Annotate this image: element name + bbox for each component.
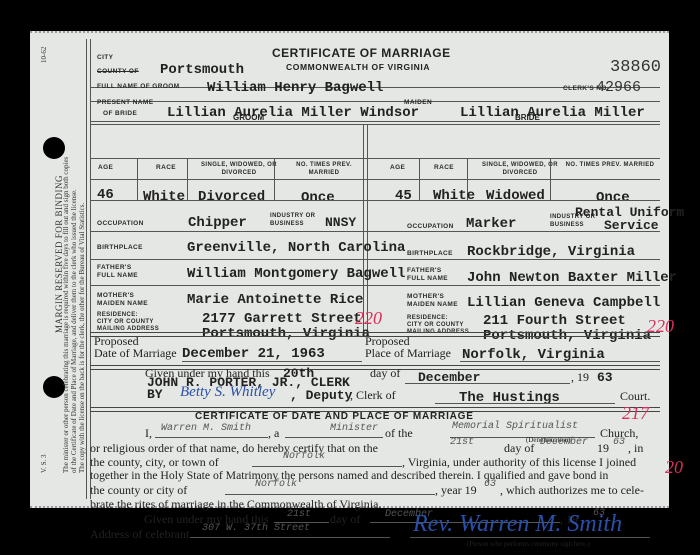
bond-city: Norfolk	[255, 479, 297, 490]
officiant-name: Warren M. Smith	[161, 423, 251, 434]
form-code: 10-62	[40, 47, 48, 63]
ceremony-line2-end: , in	[628, 441, 643, 456]
bride-father-name: John Newton Baxter Miller	[467, 270, 677, 286]
bride-birthplace-label: BIRTHPLACE	[407, 250, 453, 257]
bride-times-married: Once	[596, 190, 630, 206]
ceremony-given-day-of: day of	[330, 512, 360, 527]
bride-status: Widowed	[486, 188, 545, 204]
ceremony-day-of: day of	[504, 441, 534, 456]
denomination: Memorial Spiritualist	[452, 421, 578, 432]
bride-age-header: AGE	[390, 164, 405, 171]
bride-residence-label-2: CITY OR COUNTY	[407, 322, 464, 328]
form-series: V. S. 3	[40, 454, 48, 473]
bride-race: White	[433, 188, 475, 204]
groom-times-married: Once	[301, 190, 335, 206]
certificate-subtitle: COMMONWEALTH OF VIRGINIA	[286, 62, 430, 72]
groom-times-header: NO. TIMES PREV. MARRIED	[286, 161, 362, 177]
ceremony-a: , a	[268, 426, 279, 441]
groom-header: GROOM	[233, 113, 264, 122]
groom-residence-label-2: CITY OR COUNTY	[97, 319, 154, 325]
proposed-date-value: December 21, 1963	[182, 346, 325, 362]
ceremony-red-code-20: 20	[665, 457, 683, 478]
groom-father-label: FATHER'S FULL NAME	[97, 264, 147, 280]
punch-hole	[43, 137, 65, 159]
license-day-of: day of	[370, 366, 400, 381]
by-label: BY	[147, 387, 163, 402]
maiden-label: MAIDEN	[404, 99, 432, 106]
bride-residence-street: 211 Fourth Street	[483, 313, 626, 329]
celebrant-address: 307 W. 37th Street	[202, 523, 310, 534]
bond-year: 63	[484, 479, 496, 490]
groom-father-name: William Montgomery Bagwell	[187, 266, 405, 282]
certificate-title: CERTIFICATE OF MARRIAGE	[272, 46, 451, 60]
celebrant-address-label: Address of celebrant	[90, 527, 189, 542]
bride-present-label-2: OF BRIDE	[103, 110, 137, 117]
officiant-title: Minister	[330, 423, 378, 434]
groom-name-label: FULL NAME OF GROOM	[97, 83, 180, 90]
groom-mother-label: MOTHER'S MAIDEN NAME	[97, 292, 157, 308]
bride-present-name: Lillian Aurelia Miller Windsor	[167, 105, 419, 121]
ceremony-line6: brate the rites of marriage in the Commo…	[90, 497, 381, 512]
date-of-marriage-label: Date of Marriage	[94, 346, 177, 361]
groom-birthplace: Greenville, North Carolina	[187, 240, 405, 256]
bride-age: 45	[395, 188, 412, 204]
county-label: COUNTY OF	[97, 68, 139, 75]
groom-mother-name: Marie Antoinette Rice	[187, 292, 363, 308]
deputy-label: , Deputy	[290, 388, 352, 403]
groom-status: Divorced	[198, 189, 265, 205]
signature-caption: (Person who performs ceremony sign here.…	[467, 540, 590, 548]
margin-rule	[86, 39, 91, 499]
groom-race-header: RACE	[156, 164, 176, 171]
groom-residence-street: 2177 Garrett Street	[202, 311, 362, 327]
bride-occupation-label: OCCUPATION	[407, 223, 454, 230]
ceremony-year: 63	[613, 437, 625, 448]
court-label: Court.	[620, 389, 650, 404]
city-value: Portsmouth	[160, 62, 244, 78]
bride-race-header: RACE	[434, 164, 454, 171]
bride-present-label: PRESENT NAME	[97, 99, 153, 106]
groom-birthplace-label: BIRTHPLACE	[97, 244, 143, 251]
ceremony-line3-end: , Virginia, under authority of this lice…	[402, 455, 636, 470]
bride-father-label: FATHER'S FULL NAME	[407, 267, 457, 283]
ceremony-of-the: of the	[385, 426, 413, 441]
margin-instruction: of the Certificate of Date and Place of …	[70, 189, 78, 473]
groom-occupation-label: OCCUPATION	[97, 220, 144, 227]
ceremony-line3: the county, city, or town of	[90, 455, 219, 470]
ceremony-line5-end: , which authorizes me to cele-	[500, 483, 644, 498]
ceremony-line4: together in the Holy State of Matrimony …	[90, 469, 608, 482]
bride-status-header: SINGLE, WIDOWED, OR DIVORCED	[480, 161, 560, 177]
bride-times-header: NO. TIMES PREV. MARRIED	[565, 161, 655, 169]
margin-instruction: The minister or other person celebrating…	[62, 157, 70, 473]
place-of-marriage-label: Place of Marriage	[365, 346, 451, 361]
groom-race: White	[143, 189, 185, 205]
ceremony-month: December	[540, 437, 588, 448]
certificate-number: 38860	[610, 58, 661, 77]
groom-residence-label: RESIDENCE:	[97, 312, 138, 318]
ceremony-given-day: 21st	[287, 509, 311, 520]
bride-residence-label: RESIDENCE:	[407, 315, 448, 321]
margin-instruction: The copy with the license on the back is…	[78, 203, 86, 473]
officiant-signature: Rev. Warren M. Smith	[413, 511, 622, 538]
clerk-of-label: , Clerk of	[350, 388, 396, 403]
license-year: 63	[597, 370, 613, 385]
license-year-prefix: , 19	[571, 370, 589, 385]
clerk-number: 42966	[596, 79, 641, 96]
groom-occupation: Chipper	[188, 215, 247, 231]
bride-maiden-name: Lillian Aurelia Miller	[460, 105, 645, 121]
ceremony-title: CERTIFICATE OF DATE AND PLACE OF MARRIAG…	[195, 411, 474, 422]
groom-red-code: 220	[355, 308, 382, 329]
bride-birthplace: Rockbridge, Virginia	[467, 244, 635, 260]
groom-age-header: AGE	[98, 164, 113, 171]
groom-industry: NNSY	[325, 215, 356, 230]
ceremony-line2: or religious order of that name, do here…	[90, 441, 378, 456]
binding-margin: 10-62 V. S. 3 MARGIN RESERVED FOR BINDIN…	[30, 33, 88, 506]
deputy-signature: Betty S. Whitley	[180, 384, 275, 401]
bride-mother-name: Lillian Geneva Campbell	[467, 295, 660, 311]
ceremony-day: 21st	[450, 437, 474, 448]
bride-header: BRIDE	[515, 113, 540, 122]
ceremony-i: I,	[145, 426, 152, 441]
ceremony-year-prefix: 19	[597, 441, 609, 456]
marriage-certificate: 10-62 V. S. 3 MARGIN RESERVED FOR BINDIN…	[30, 31, 669, 508]
ceremony-line5: the county or city of	[90, 483, 187, 498]
city-label-top: CITY	[97, 54, 113, 61]
ceremony-city: Norfolk	[283, 451, 325, 462]
ceremony-red-code-217: 217	[622, 403, 649, 424]
groom-status-header: SINGLE, WIDOWED, OR DIVORCED	[200, 161, 278, 177]
ceremony-line5-mid: , year 19	[435, 483, 477, 498]
bride-occupation: Marker	[466, 216, 516, 232]
groom-full-name: William Henry Bagwell	[207, 80, 383, 96]
bride-mother-label: MOTHER'S MAIDEN NAME	[407, 293, 467, 309]
